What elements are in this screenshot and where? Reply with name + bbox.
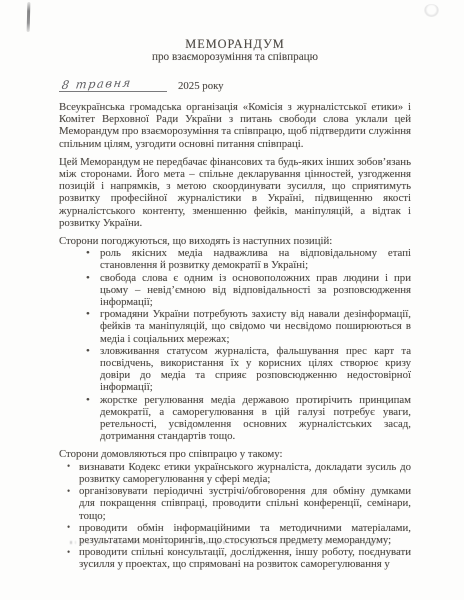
document-title: МЕМОРАНДУМ — [59, 37, 411, 51]
list-item: роль якісних медіа надважлива на відпові… — [85, 247, 411, 271]
date-year: 2025 року — [178, 80, 224, 92]
document-subtitle: про взаєморозуміння та співпрацю — [59, 51, 411, 64]
positions-list: роль якісних медіа надважлива на відпові… — [59, 247, 411, 442]
list-item: проводити спільні консультації, дослідже… — [66, 546, 411, 570]
handwritten-date: 8 травня — [61, 76, 133, 91]
list-item: визнавати Кодекс етики українського журн… — [66, 461, 411, 485]
list-item: свобода слова є одним із основоположних … — [85, 272, 411, 309]
date-underline: 8 травня — [59, 75, 167, 92]
list-item: організовувати періодичні зустрічі/обгов… — [66, 485, 411, 522]
paragraph-purpose: Цей Меморандум не передбачає фінансових … — [59, 156, 411, 229]
scan-artifact-bottom — [70, 541, 382, 544]
list-item: жорстке регулювання медіа державою проти… — [85, 394, 411, 443]
positions-intro: Сторони погоджуються, що виходять із нас… — [59, 235, 411, 247]
paragraph-parties: Всеукраїнська громадська організація «Ко… — [59, 101, 411, 150]
scanned-document-page: МЕМОРАНДУМ про взаєморозуміння та співпр… — [0, 0, 464, 600]
list-item: зловживання статусом журналіста, фальшув… — [85, 345, 411, 394]
date-line: 8 травня 2025 року — [59, 76, 411, 92]
list-item: громадяни України потребують захисту від… — [85, 308, 411, 345]
cooperation-intro: Сторони домовляються про співпрацю у так… — [59, 448, 411, 460]
scan-artifact-top-right — [424, 4, 439, 17]
document-content: МЕМОРАНДУМ про взаєморозуміння та співпр… — [59, 37, 411, 577]
staple-mark — [27, 2, 31, 32]
cooperation-list: визнавати Кодекс етики українського журн… — [59, 461, 411, 571]
